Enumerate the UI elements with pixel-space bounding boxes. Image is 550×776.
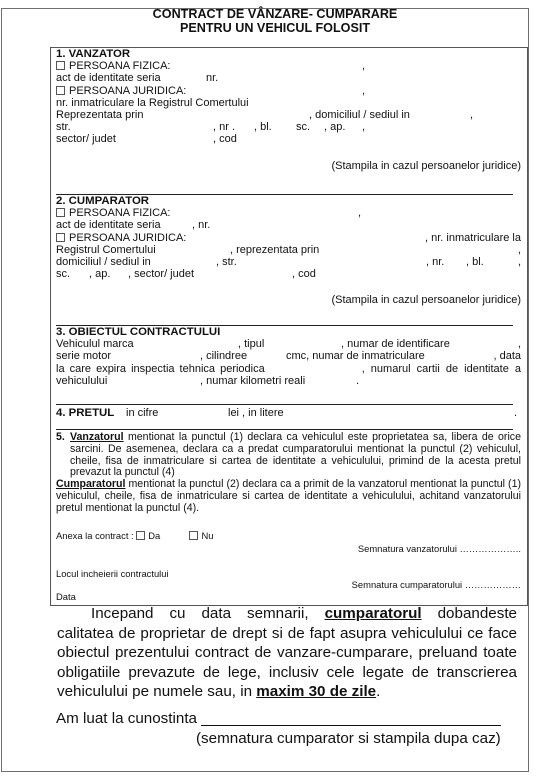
object-heading: 3. OBIECTUL CONTRACTULUI	[56, 326, 521, 338]
buyer-cod-label: , cod	[292, 268, 316, 280]
document-title: CONTRACT DE VÂNZARE- CUMPARARE PENTRU UN…	[0, 7, 550, 35]
seller-nr-label: , nr .	[213, 121, 235, 133]
annex-no-checkbox[interactable]	[189, 531, 198, 540]
acknowledgement-note: (semnatura cumparator si stampila dupa c…	[196, 730, 501, 747]
buyer-id-series-label: act de identitate seria	[56, 219, 161, 231]
seller-declaration: Vanzatorul mentionat la punctul (1) decl…	[56, 432, 521, 479]
acknowledgement-label: Am luat la cunostinta	[56, 710, 197, 727]
buyer-declaration: Cumparatorul mentionat la punctul (2) de…	[56, 479, 521, 514]
price-section: 4. PRETUL in cifre lei , in litere .	[56, 407, 521, 419]
object-section: 3. OBIECTUL CONTRACTULUI Vehiculul marca…	[56, 326, 521, 387]
seller-cod-label: , cod	[213, 133, 237, 145]
vehicle-label: vehiculului	[56, 375, 107, 387]
seller-person-checkbox[interactable]	[56, 61, 65, 70]
annex-row: Anexa la contract : Da Nu	[56, 530, 521, 542]
buyer-sc-label: sc.	[56, 268, 70, 280]
registration-nr-label: cmc, numar de inmatriculare	[286, 350, 425, 362]
mileage-label: , numar kilometri reali	[200, 375, 305, 387]
price-heading: 4. PRETUL	[56, 407, 114, 419]
declarations-number: 5.	[56, 432, 65, 444]
buyer-sector-label: , sector/ judet	[128, 268, 194, 280]
seller-person-label: PERSOANA FIZICA:	[69, 60, 170, 72]
buyer-domicile-label: domiciliul / sediul in	[56, 256, 151, 268]
buyer-id-nr-label: , nr.	[192, 219, 210, 231]
engine-series-label: serie motor	[56, 350, 111, 362]
divider	[56, 404, 513, 405]
buyer-represented-label: , reprezentata prin	[230, 244, 319, 256]
buyer-bl-label: , bl.	[466, 256, 484, 268]
inspection-expiry-label: la care expira inspectia tehnica periodi…	[56, 363, 265, 375]
buyer-stamp-note: (Stampila in cazul persoanelor juridice)	[331, 294, 521, 306]
annex-label: Anexa la contract :	[56, 530, 134, 541]
acknowledgement: Am luat la cunostinta	[56, 710, 501, 727]
seller-id-series-label: act de identitate seria	[56, 72, 161, 84]
buyer-regcom-label: Registrul Comertului	[56, 244, 156, 256]
seller-represented-label: Reprezentata prin	[56, 109, 143, 121]
declarations-section: 5. Vanzatorul mentionat la punctul (1) d…	[56, 432, 521, 515]
vehicle-vin-label: , numar de identificare	[341, 338, 450, 350]
buyer-word: Cumparatorul	[56, 478, 125, 490]
vehicle-make-label: Vehiculul marca	[56, 338, 134, 350]
seller-reg-label: nr. inmatriculare la Registrul Comertulu…	[56, 97, 249, 109]
seller-ap-label: , ap.	[324, 121, 345, 133]
ownership-paragraph: Incepand cu data semnarii, cumparatorul …	[57, 604, 517, 702]
buyer-street-label: , str.	[216, 256, 237, 268]
deadline-emphasis: maxim 30 de zile	[256, 683, 376, 700]
ownership-body: calitatea de proprietar de drept si de f…	[57, 624, 517, 702]
seller-sc-label: sc.	[296, 121, 310, 133]
buyer-signature: Semnatura cumparatorului ………………	[56, 579, 521, 591]
buyer-person-label: PERSOANA FIZICA:	[69, 207, 170, 219]
divider	[56, 429, 513, 430]
price-digits-label: in cifre	[126, 407, 158, 419]
inspection-date-label: , data	[493, 350, 521, 362]
seller-domicile-label: , domiciliul / sediul in	[309, 109, 410, 121]
seller-word: Vanzatorul	[70, 431, 124, 443]
seller-stamp-note: (Stampila in cazul persoanelor juridice)	[331, 160, 521, 172]
buyer-heading: 2. CUMPARATOR	[56, 195, 521, 207]
seller-company-checkbox[interactable]	[56, 86, 65, 95]
seller-company-label: PERSOANA JURIDICA:	[69, 85, 186, 97]
seller-signature-label[interactable]: Semnatura vanzatorului ………………..	[358, 543, 521, 554]
seller-signature: Semnatura vanzatorului ………………..	[56, 543, 521, 555]
ownership-line-1: Incepand cu data semnarii, cumparatorul …	[57, 604, 517, 624]
buyer-signature-label[interactable]: Semnatura cumparatorului ………………	[352, 579, 521, 590]
buyer-person-checkbox[interactable]	[56, 208, 65, 217]
price-words-label: lei , in litere	[228, 407, 284, 419]
vehicle-type-label: , tipul	[238, 338, 264, 350]
seller-bl-label: , bl.	[254, 121, 272, 133]
contract-date: Data	[56, 591, 521, 603]
acknowledgement-signature-line[interactable]	[201, 710, 501, 726]
buyer-company-label: PERSOANA JURIDICA:	[69, 232, 186, 244]
buyer-emphasis: cumparatorul	[325, 605, 422, 622]
annex-no-label: Nu	[201, 530, 213, 541]
title-line-2: PENTRU UN VEHICUL FOLOSIT	[0, 21, 550, 35]
title-line-1: CONTRACT DE VÂNZARE- CUMPARARE	[0, 7, 550, 21]
buyer-section: 2. CUMPARATOR PERSOANA FIZICA: , act de …	[56, 195, 521, 307]
buyer-company-checkbox[interactable]	[56, 233, 65, 242]
capacity-label: , cilindree	[200, 350, 247, 362]
annex-yes-label: Da	[148, 530, 160, 541]
contract-date-label: Data	[56, 591, 76, 602]
contract-place-label: Locul incheierii contractului	[56, 568, 169, 579]
buyer-nr-label: , nr.	[426, 256, 444, 268]
seller-section: 1. VANZATOR PERSOANA FIZICA: , act de id…	[56, 48, 521, 172]
seller-sector-label: sector/ judet	[56, 133, 116, 145]
seller-heading: 1. VANZATOR	[56, 48, 521, 60]
buyer-reg-label: , nr. inmatriculare la	[425, 232, 521, 244]
vehicle-idcard-label: , numarul cartii de identitate a	[362, 363, 521, 375]
seller-street-label: str.	[56, 121, 71, 133]
buyer-ap-label: , ap.	[89, 268, 110, 280]
annex-yes-checkbox[interactable]	[136, 531, 145, 540]
seller-id-nr-label: nr.	[206, 72, 218, 84]
